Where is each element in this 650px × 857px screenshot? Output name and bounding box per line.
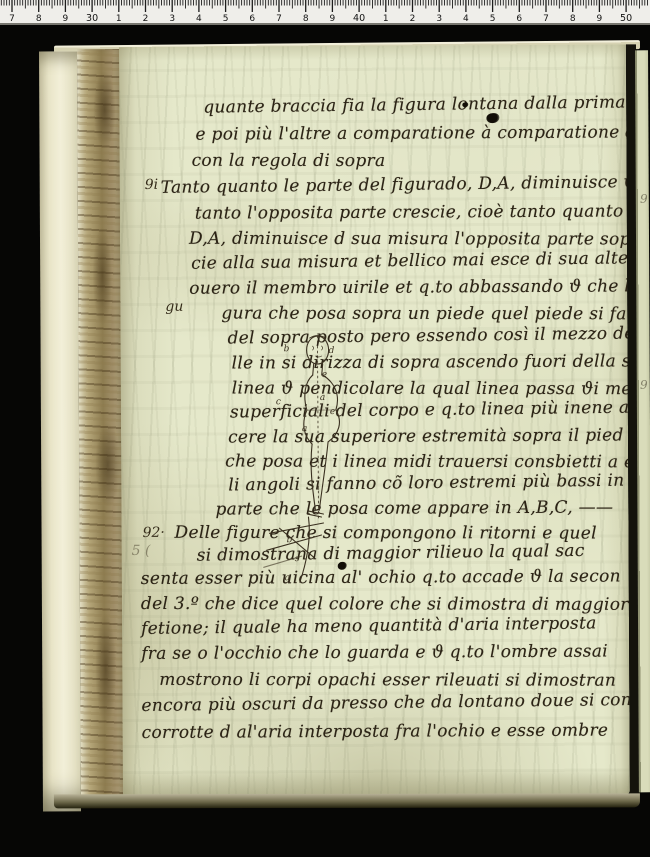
manuscript-line: Delle figure che si compongono li ritorn… [175, 523, 597, 544]
manuscript-line: si dimostrana di maggior rilieuo la qual… [197, 541, 585, 566]
figure-label-e: e [322, 370, 327, 380]
figure-label-d: d [329, 346, 335, 356]
figure-label-a: a [302, 424, 307, 434]
manuscript-line: tanto l'opposita parte crescie, cioè tan… [195, 201, 630, 224]
book-bottom-edge [54, 793, 640, 808]
figure-label-b: b [287, 535, 293, 545]
manuscript-line: con la regola di sopra [192, 151, 386, 171]
margin-note: 5 ( [132, 543, 151, 559]
figure-feet [307, 511, 323, 517]
figure-label-a: a [320, 393, 325, 403]
manuscript-book: quante braccia fia la figura lontana dal… [0, 0, 650, 857]
manuscript-line: fetione; il quale ha meno quantità d'ari… [141, 613, 597, 639]
book-cover-left-edge [39, 51, 81, 811]
figure-label-b: b [284, 344, 290, 354]
ground-line-2 [267, 535, 322, 550]
manuscript-line: encora più oscuri da presso che da lonta… [141, 690, 630, 716]
margin-note: 92· [143, 525, 165, 541]
manuscript-line: fra se o l'occhio che lo guarda e ϑ q.to… [141, 642, 608, 664]
figure-label-a: a [285, 573, 290, 583]
handwritten-text-block: quante braccia fia la figura lontana dal… [119, 44, 630, 797]
figure-label-c: c [276, 397, 281, 407]
figure-back-leg [311, 444, 315, 510]
ground-line-1 [269, 523, 323, 533]
manuscript-line: quante braccia fia la figura lontana dal… [203, 92, 630, 118]
figure-letter-labels: bdeaceabsa [276, 344, 337, 583]
manuscript-line: gura che posa sopra un piede quel piede … [221, 304, 630, 325]
figure-head [307, 336, 329, 364]
manuscript-line: corrotte d al'aria interposta fra l'ochi… [142, 721, 609, 743]
next-page-paragraph-mark: 9 [640, 192, 648, 206]
manuscript-line: cie alla sua misura et bellico mai esce … [191, 248, 629, 273]
margin-note: 9i [145, 177, 158, 193]
manuscript-line: D,A, diminuisce d sua misura l'opposita … [189, 229, 630, 250]
margin-note: gu [165, 299, 183, 315]
manuscript-line: e poi più l'altre a comparatione à compa… [195, 122, 630, 145]
manuscript-line: ouero il membro uirile et q.to abbassand… [189, 276, 630, 298]
ink-blot [486, 113, 499, 123]
next-page-paragraph-mark: 9 [640, 378, 648, 392]
figure-label-e: e [330, 407, 335, 417]
photo-stage: 789301234567894012345678950 quante bracc… [0, 0, 650, 857]
manuscript-line: Tanto quanto le parte del figurado, D,A,… [161, 172, 630, 198]
figure-label-s: s [295, 554, 300, 564]
book-binding-gutter [77, 49, 125, 805]
manuscript-line: senta esser più uicina al' ochio q.to ac… [141, 566, 621, 589]
manuscript-line: del 3.º che dice quel colore che si dimo… [141, 594, 630, 615]
manuscript-page: quante braccia fia la figura lontana dal… [119, 44, 630, 797]
figure-front-leg [319, 442, 328, 510]
manuscript-line: mostrono li corpi opachi esser rileuati … [159, 670, 616, 691]
figure-sketch: bdeaceabsa [260, 330, 366, 596]
